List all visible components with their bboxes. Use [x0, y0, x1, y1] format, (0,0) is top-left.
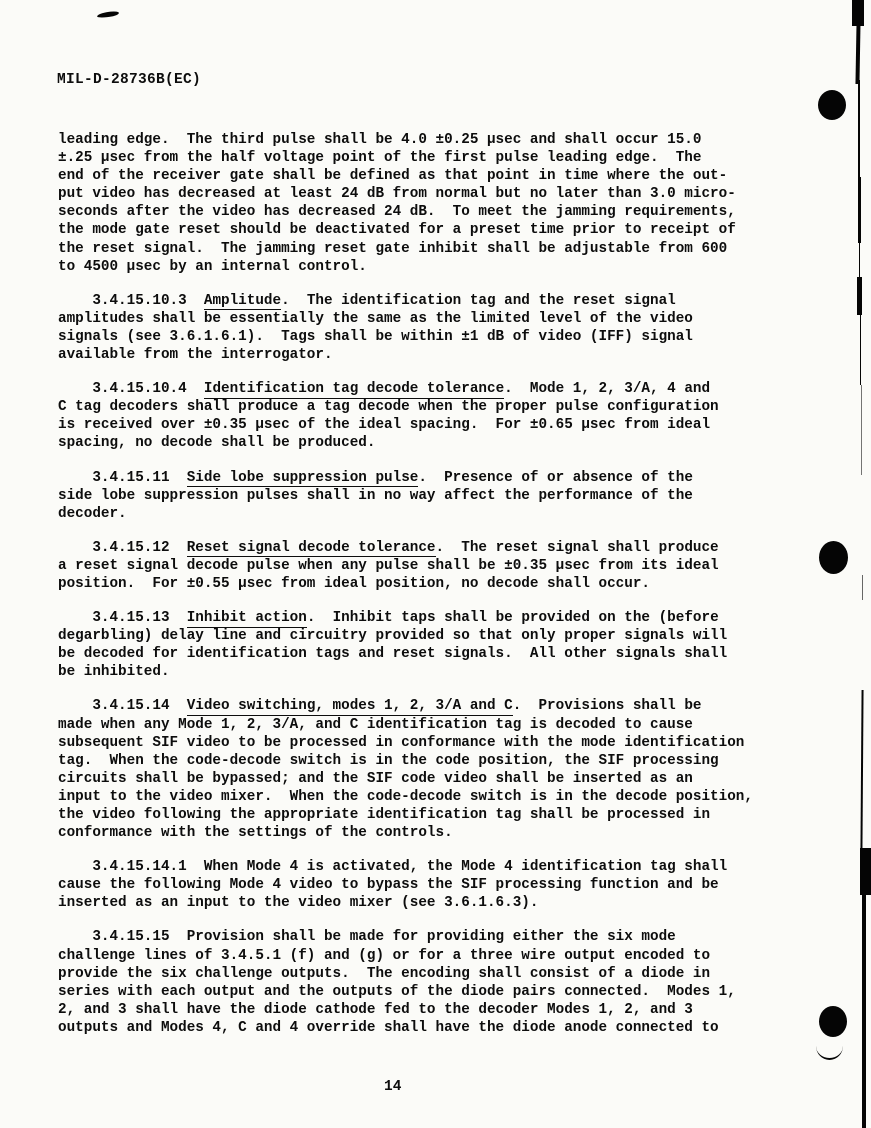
- section-paragraph-3.4.15.12: 3.4.15.12 Reset signal decode tolerance.…: [58, 539, 818, 593]
- scan-edge-line: [860, 315, 861, 385]
- scan-edge-line: [861, 385, 862, 475]
- section-title: Identification tag decode tolerance: [204, 381, 504, 399]
- section-title: Amplitude: [204, 293, 281, 311]
- section-paragraph-3.4.15.15: 3.4.15.15 Provision shall be made for pr…: [58, 928, 818, 1037]
- section-title: Reset signal decode tolerance: [187, 540, 436, 558]
- document-id-header: MIL-D-28736B(EC): [57, 72, 201, 88]
- scan-edge-line: [860, 690, 863, 850]
- section-paragraph-3.4.15.14: 3.4.15.14 Video switching, modes 1, 2, 3…: [58, 697, 818, 842]
- section-paragraph-3.4.15.10.4: 3.4.15.10.4 Identification tag decode to…: [58, 380, 818, 452]
- scan-edge-line: [862, 895, 866, 1128]
- punch-dot: [819, 1006, 847, 1037]
- section-paragraph-3.4.15.10.3: 3.4.15.10.3 Amplitude. The identificatio…: [58, 292, 818, 364]
- section-title: Video switching, modes 1, 2, 3/A and C: [187, 698, 513, 716]
- section-title: Side lobe suppression pulse: [187, 470, 419, 488]
- stray-curve-mark: [816, 1046, 843, 1060]
- section-title: Inhibit action: [187, 610, 307, 628]
- scan-edge-line: [858, 177, 861, 243]
- scan-edge-line: [862, 575, 863, 600]
- para-continuation: leading edge. The third pulse shall be 4…: [58, 131, 818, 276]
- scan-edge-line: [860, 848, 871, 895]
- scanned-document-page: MIL-D-28736B(EC) leading edge. The third…: [0, 0, 871, 1128]
- page-number: 14: [384, 1079, 401, 1095]
- scan-edge-line: [858, 80, 860, 180]
- punch-dot: [819, 541, 848, 574]
- pen-mark: [97, 11, 119, 19]
- scan-edge-line: [859, 243, 860, 278]
- scan-edge-line: [855, 22, 860, 84]
- section-paragraph-3.4.15.13: 3.4.15.13 Inhibit action. Inhibit taps s…: [58, 609, 818, 681]
- section-paragraph-3.4.15.14.1: 3.4.15.14.1 When Mode 4 is activated, th…: [58, 858, 818, 912]
- scan-edge-line: [857, 277, 862, 315]
- section-paragraph-3.4.15.11: 3.4.15.11 Side lobe suppression pulse. P…: [58, 469, 818, 523]
- punch-dot: [818, 90, 846, 120]
- document-body: leading edge. The third pulse shall be 4…: [58, 131, 818, 1053]
